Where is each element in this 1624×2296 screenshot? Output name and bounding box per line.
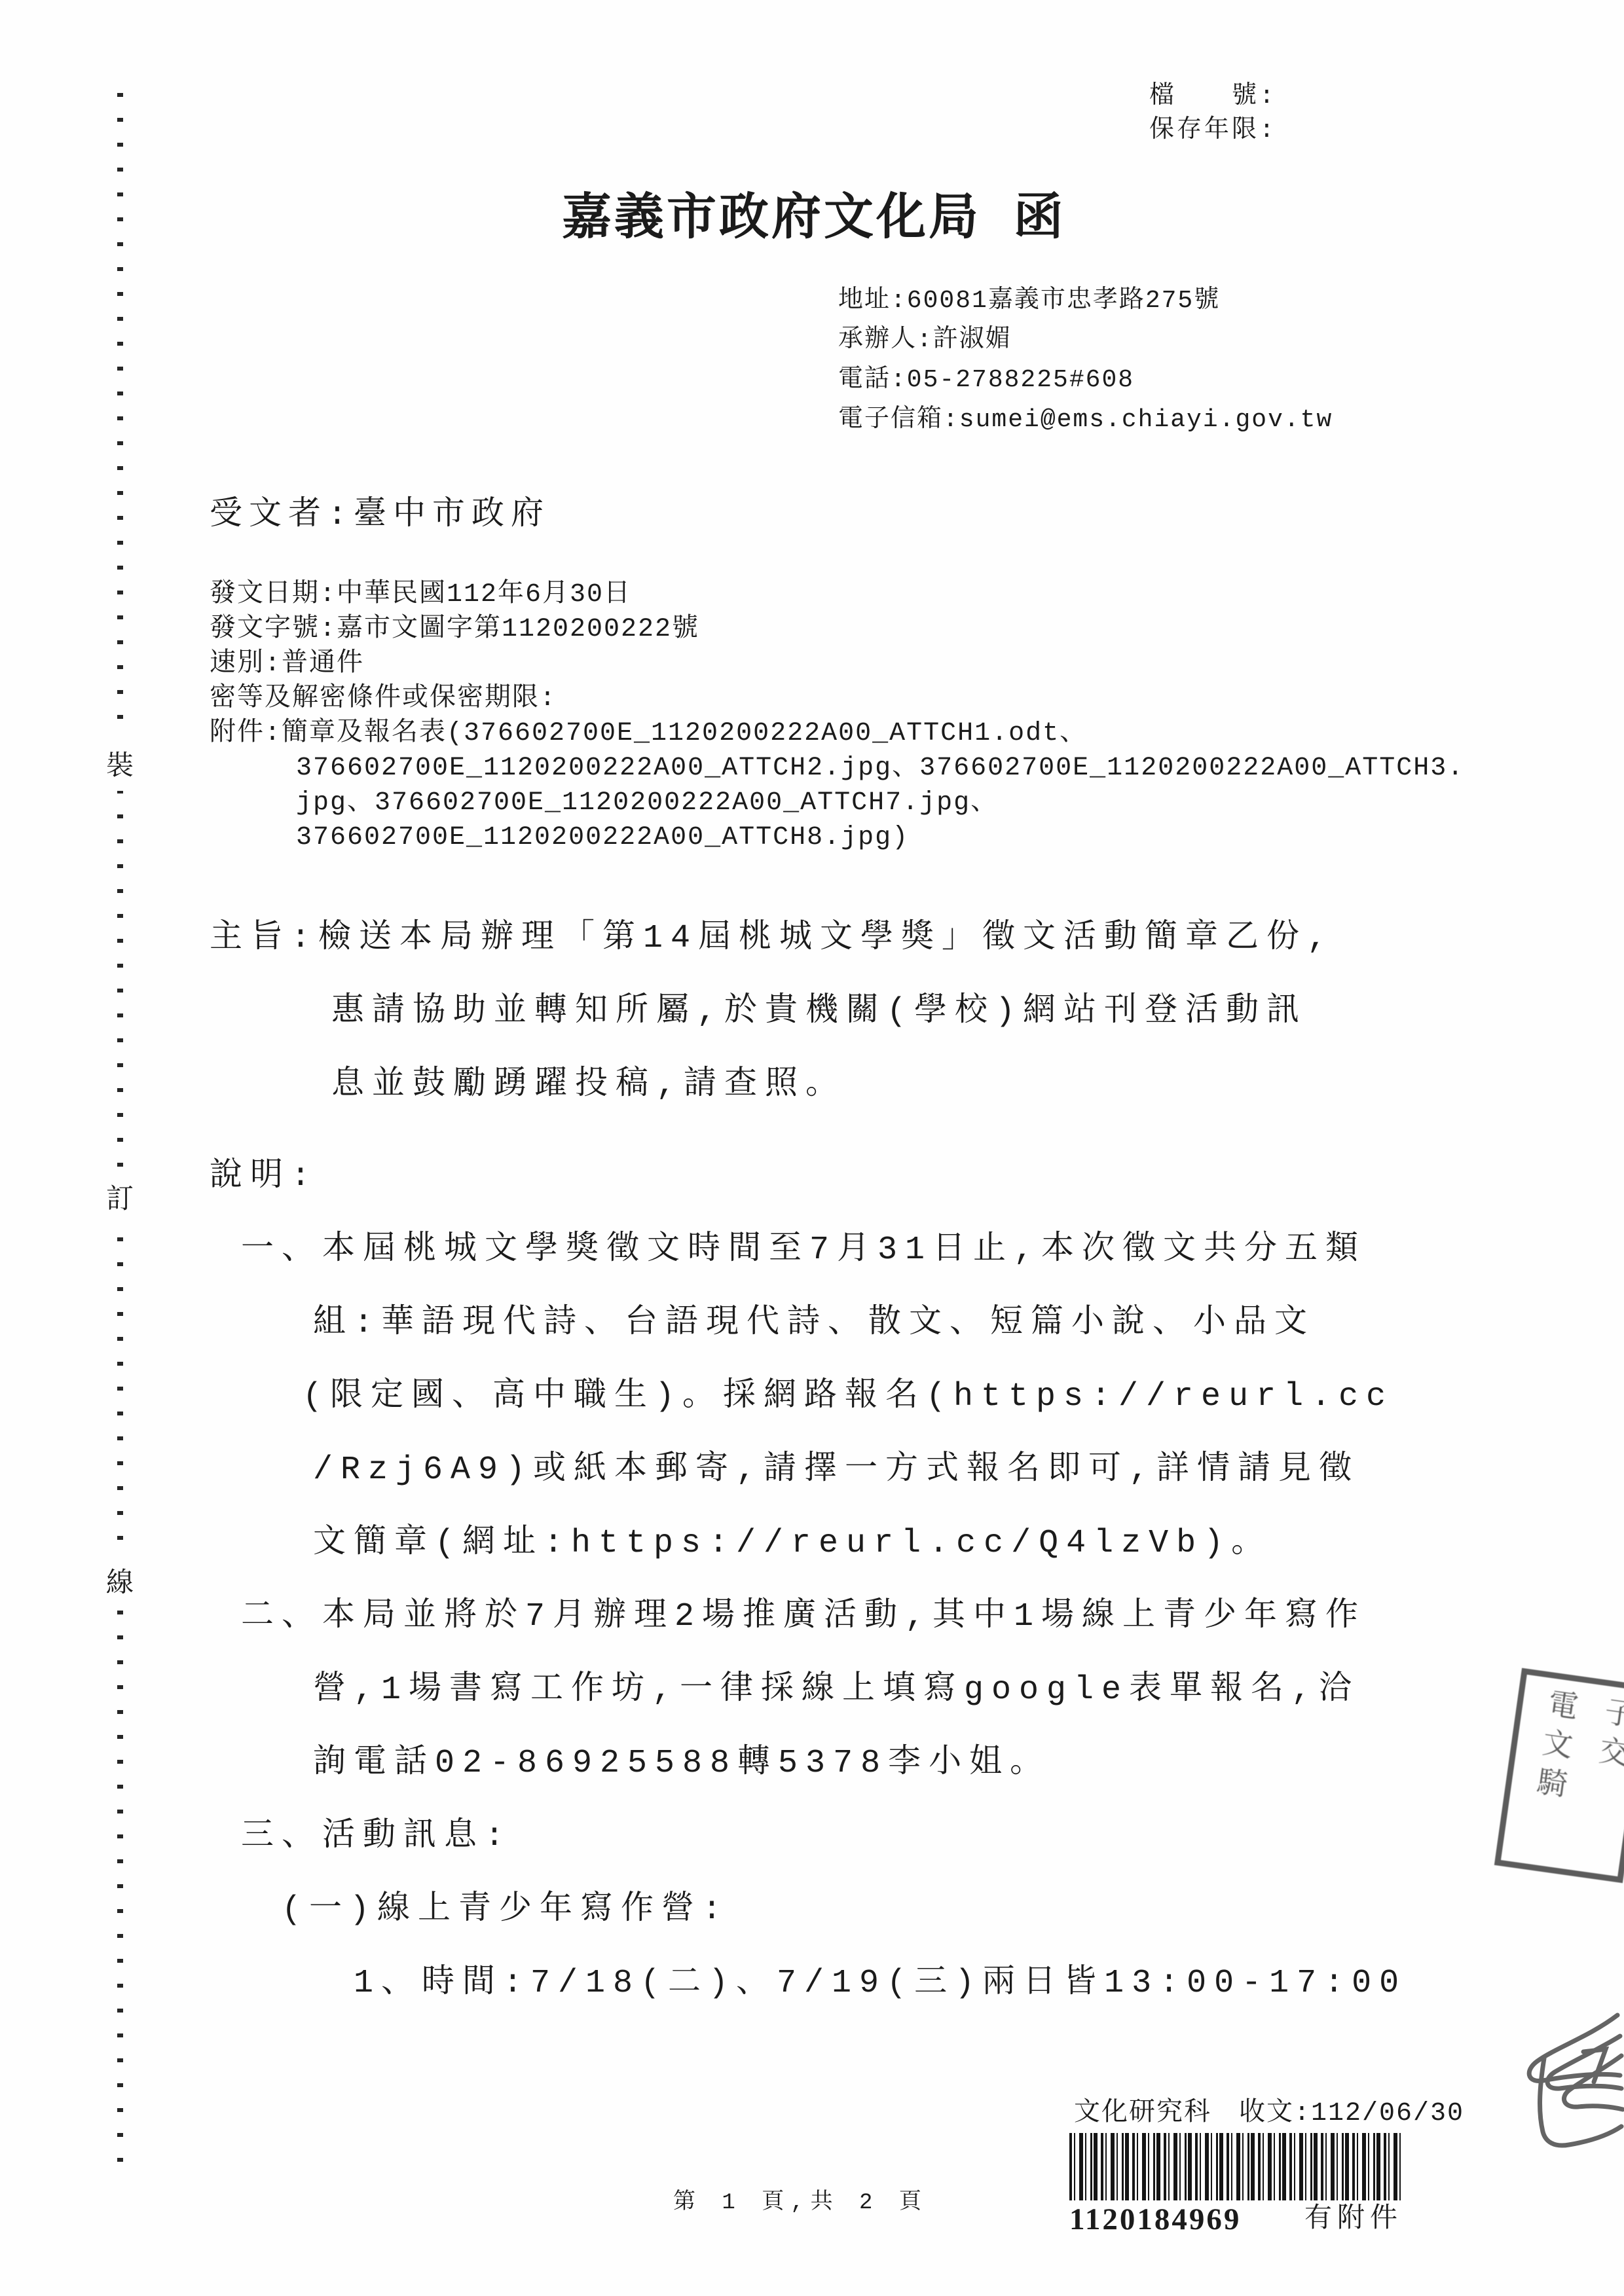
explanation-line: 文簡章(網址:https://reurl.cc/Q4lzVb)。 xyxy=(313,1527,1272,1561)
attachment-line: jpg、376602700E_1120200222A00_ATTCH7.jpg、 xyxy=(296,790,998,817)
explanation-line: 三、活動訊息: xyxy=(241,1820,512,1855)
issue-date-line: 發文日期:中華民國112年6月30日 xyxy=(210,581,631,609)
retention-period-label: 保存年限: xyxy=(1149,118,1277,144)
sender-contact-person: 承辦人:許淑媚 xyxy=(838,327,1012,354)
handwritten-mark xyxy=(1506,2011,1624,2160)
receipt-barcode xyxy=(1069,2133,1405,2200)
explanation-line: (限定國、高中職生)。採網路報名(https://reurl.cc xyxy=(303,1380,1393,1415)
binding-mark-xian: 線 xyxy=(103,1553,136,1608)
explanation-line: /Rzj6A9)或紙本郵寄,請擇一方式報名即可,詳情請見徵 xyxy=(313,1453,1359,1488)
page-number-footer: 第 1 頁,共 2 頁 xyxy=(673,2192,928,2215)
explanation-line: 營,1場書寫工作坊,一律採線上填寫google表單報名,洽 xyxy=(313,1673,1359,1708)
binding-dotted-rule xyxy=(117,93,123,2162)
explanation-label: 說明: xyxy=(210,1160,318,1195)
scanned-official-letter-page: 裝 訂 線 檔 號: 保存年限: 嘉義市政府文化局 函 地址:60081嘉義市忠… xyxy=(0,0,1624,2296)
explanation-line: 二、本局並將於7月辦理2場推廣活動,其中1場線上青少年寫作 xyxy=(241,1600,1366,1635)
subject-line: 惠請協助並轉知所屬,於貴機關(學校)網站刊登活動訊 xyxy=(331,995,1307,1030)
attachment-line: 376602700E_1120200222A00_ATTCH8.jpg) xyxy=(296,824,909,852)
explanation-line: 1、時間:7/18(二)、7/19(三)兩日皆13:00-17:00 xyxy=(354,1967,1407,2001)
recipient-line: 受文者:臺中市政府 xyxy=(210,499,550,534)
sender-phone: 電話:05-2788225#608 xyxy=(838,367,1134,393)
sender-email: 電子信箱:sumei@ems.chiayi.gov.tw xyxy=(838,407,1333,433)
speed-class-line: 速別:普通件 xyxy=(210,651,364,678)
attachment-line: 附件:簡章及報名表(376602700E_1120200222A00_ATTCH… xyxy=(210,720,1087,748)
subject-line: 息並鼓勵踴躍投稿,請查照。 xyxy=(331,1068,846,1103)
explanation-line: 詢電話02-86925588轉5378李小姐。 xyxy=(313,1747,1050,1781)
seal-text: 子交 電文騎 xyxy=(1501,1675,1624,1878)
attachment-line: 376602700E_1120200222A00_ATTCH2.jpg、3766… xyxy=(296,755,1464,782)
receipt-attachment-note: 有附件 xyxy=(1304,2205,1403,2234)
doc-number-line: 發文字號:嘉市文圖字第1120200222號 xyxy=(210,616,699,644)
file-number-label: 檔 號: xyxy=(1149,84,1277,110)
binding-mark-ding: 訂 xyxy=(103,1169,136,1224)
explanation-line: (一)線上青少年寫作營: xyxy=(282,1893,729,1928)
document-title: 嘉義市政府文化局 函 xyxy=(562,195,1066,247)
security-class-line: 密等及解密條件或保密期限: xyxy=(210,685,557,713)
explanation-line: 組:華語現代詩、台語現代詩、散文、短篇小說、小品文 xyxy=(313,1307,1315,1341)
subject-line: 主旨:檢送本局辦理「第14屆桃城文學獎」徵文活動簡章乙份, xyxy=(210,922,1335,957)
sender-address: 地址:60081嘉義市忠孝路275號 xyxy=(838,288,1220,314)
explanation-line: 一、本屆桃城文學獎徵文時間至7月31日止,本次徵文共分五類 xyxy=(241,1233,1366,1268)
binding-mark-zhuang: 裝 xyxy=(103,736,136,791)
receipt-barcode-number: 1120184969 xyxy=(1069,2204,1241,2236)
receipt-dept-line: 文化研究科 收文:112/06/30 xyxy=(1074,2100,1464,2128)
electronic-exchange-seal: 子交 電文騎 xyxy=(1494,1668,1624,1884)
